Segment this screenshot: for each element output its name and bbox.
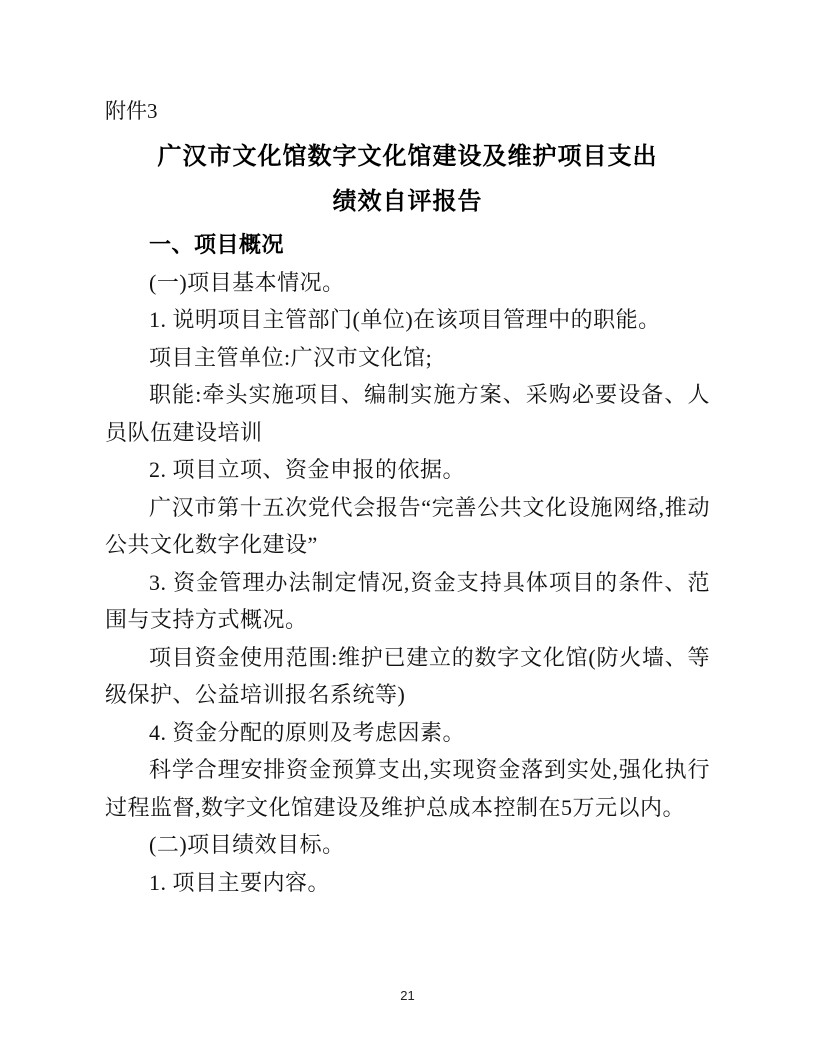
page-number: 21 bbox=[0, 988, 815, 1003]
document-page: 附件3 广汉市文化馆数字文化馆建设及维护项目支出绩效自评报告 一、项目概况 (一… bbox=[0, 0, 815, 1055]
paragraph-item-1: 1. 说明项目主管部门(单位)在该项目管理中的职能。 bbox=[105, 301, 710, 339]
paragraph-item-3: 3. 资金管理办法制定情况,资金支持具体项目的条件、范围与支持方式概况。 bbox=[105, 564, 710, 639]
paragraph-performance-goal: (二)项目绩效目标。 bbox=[105, 826, 710, 864]
paragraph-functions: 职能:牵头实施项目、编制实施方案、采购必要设备、人员队伍建设培训 bbox=[105, 376, 710, 451]
paragraph-competent-unit: 项目主管单位:广汉市文化馆; bbox=[105, 339, 710, 377]
document-title: 广汉市文化馆数字文化馆建设及维护项目支出绩效自评报告 bbox=[153, 134, 662, 224]
section-heading-project-overview: 一、项目概况 bbox=[105, 226, 710, 264]
attachment-label: 附件3 bbox=[105, 96, 710, 126]
paragraph-main-content: 1. 项目主要内容。 bbox=[105, 864, 710, 902]
document-body: 一、项目概况 (一)项目基本情况。 1. 说明项目主管部门(单位)在该项目管理中… bbox=[105, 226, 710, 901]
paragraph-item-2: 2. 项目立项、资金申报的依据。 bbox=[105, 451, 710, 489]
paragraph-basic-situation: (一)项目基本情况。 bbox=[105, 264, 710, 302]
paragraph-allocation-principle: 科学合理安排资金预算支出,实现资金落到实处,强化执行过程监督,数字文化馆建设及维… bbox=[105, 751, 710, 826]
paragraph-item-4: 4. 资金分配的原则及考虑因素。 bbox=[105, 714, 710, 752]
paragraph-basis: 广汉市第十五次党代会报告“完善公共文化设施网络,推动公共文化数字化建设” bbox=[105, 489, 710, 564]
paragraph-fund-scope: 项目资金使用范围:维护已建立的数字文化馆(防火墙、等级保护、公益培训报名系统等) bbox=[105, 639, 710, 714]
